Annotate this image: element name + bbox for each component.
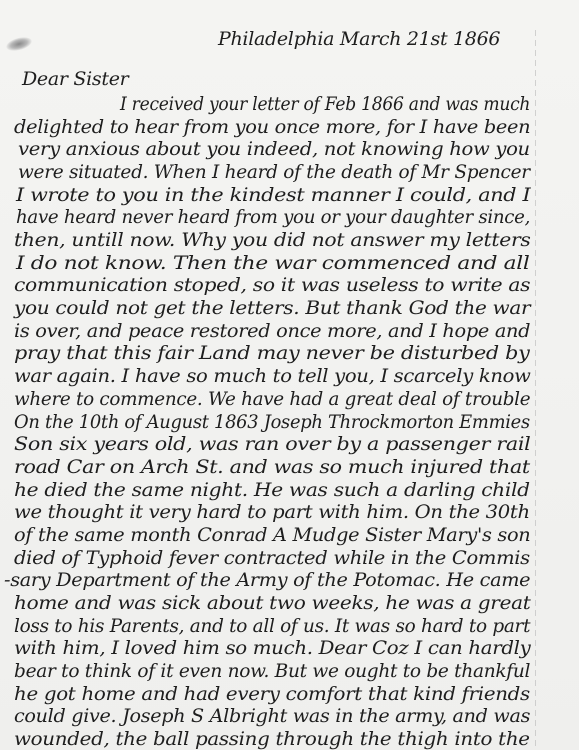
letter-line: war again. I have so much to tell you, I… <box>14 365 530 387</box>
letter-line: with him, I loved him so much. Dear Coz … <box>14 637 531 659</box>
letter-line: home and was sick about two weeks, he wa… <box>14 592 531 614</box>
letter-line: On the 10th of August 1863 Joseph Throck… <box>14 411 530 433</box>
ink-smudge <box>5 35 33 53</box>
letter-line: we thought it very hard to part with him… <box>14 501 530 523</box>
letter-line: have heard never heard from you or your … <box>16 206 530 228</box>
letter-line: he died the same night. He was such a da… <box>14 479 530 501</box>
letter-line: of the same month Conrad A Mudge Sister … <box>14 524 530 546</box>
page-fold-line <box>535 30 536 750</box>
letter-line: is over, and peace restored once more, a… <box>14 320 530 342</box>
letter-line: pray that this fair Land may never be di… <box>14 342 529 364</box>
letter-line: loss to his Parents, and to all of us. I… <box>14 615 530 637</box>
letter-line: I wrote to you in the kindest manner I c… <box>16 184 530 206</box>
letter-line: were situated. When I heard of the death… <box>18 161 530 183</box>
letter-salutation: Dear Sister <box>22 68 128 90</box>
letter-line: -sary Department of the Army of the Poto… <box>4 569 530 591</box>
letter-line: communication stoped, so it was useless … <box>14 274 530 296</box>
letter-line: he got home and had every comfort that k… <box>14 683 530 705</box>
letter-line: delighted to hear from you once more, fo… <box>14 116 530 138</box>
letter-line: bear to think of it even now. But we oug… <box>14 660 530 682</box>
letter-line: could give. Joseph S Albright was in the… <box>14 705 530 727</box>
letter-line: died of Typhoid fever contracted while i… <box>14 547 530 569</box>
letter-page: Philadelphia March 21st 1866 Dear Sister… <box>0 0 579 750</box>
letter-line: you could not get the letters. But thank… <box>14 297 530 319</box>
letter-line: then, untill now. Why you did not answer… <box>14 229 531 251</box>
letter-line: where to commence. We have had a great d… <box>14 388 530 410</box>
letter-line: very anxious about you indeed, not knowi… <box>18 138 530 160</box>
letter-line: I received your letter of Feb 1866 and w… <box>120 93 530 115</box>
letter-line: wounded, the ball passing through the th… <box>14 728 530 750</box>
letter-line: Son six years old, was ran over by a pas… <box>14 433 530 455</box>
letter-line: I do not know. Then the war commenced an… <box>16 252 529 274</box>
letter-dateline: Philadelphia March 21st 1866 <box>218 28 500 50</box>
letter-line: road Car on Arch St. and was so much inj… <box>14 456 530 478</box>
